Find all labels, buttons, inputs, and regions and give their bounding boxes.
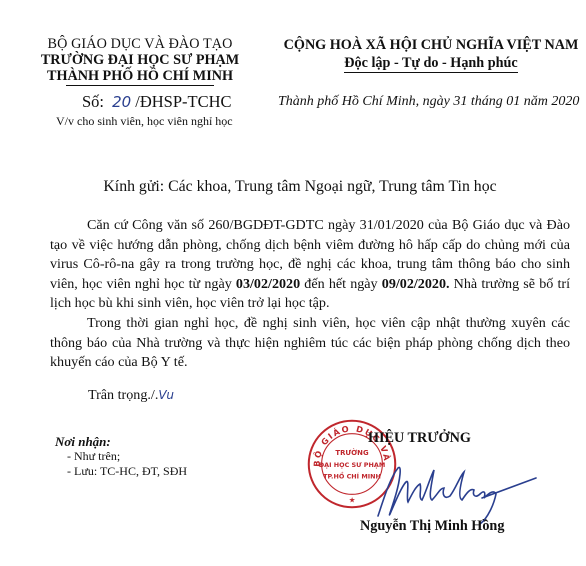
recipients-title: Nơi nhận — [55, 434, 106, 449]
header-divider — [66, 85, 214, 86]
university-city: THÀNH PHỐ HỒ CHÍ MINH — [30, 68, 250, 84]
document-number: Số: 20/ĐHSP-TCHC — [82, 92, 232, 112]
recipients-list: Nơi nhận: - Như trên; - Lưu: TC-HC, ĐT, … — [55, 434, 187, 479]
document-body: Căn cứ Công văn số 260/BGDĐT-GDTC ngày 3… — [50, 216, 570, 373]
signer-name: Nguyễn Thị Minh Hồng — [360, 518, 504, 535]
issuer-header: BỘ GIÁO DỤC VÀ ĐÀO TẠO TRƯỜNG ĐẠI HỌC SƯ… — [30, 36, 250, 84]
recipient-line: Kính gửi: Các khoa, Trung tâm Ngoại ngữ,… — [0, 178, 586, 196]
body-paragraph-2: Trong thời gian nghỉ học, đề nghị sinh v… — [50, 314, 570, 373]
number-value: 20 — [112, 93, 131, 111]
svg-text:TRƯỜNG: TRƯỜNG — [335, 448, 369, 457]
start-date: 03/02/2020 — [236, 276, 300, 292]
recipient-item: - Như trên; — [55, 449, 187, 464]
country-name: CỘNG HOÀ XÃ HỘI CHỦ NGHĨA VIỆT NAM — [276, 36, 586, 54]
closing-text: Trân trọng./. — [88, 387, 158, 403]
body-paragraph-1: Căn cứ Công văn số 260/BGDĐT-GDTC ngày 3… — [50, 216, 570, 314]
svg-text:★: ★ — [349, 496, 356, 505]
university-name: TRƯỜNG ĐẠI HỌC SƯ PHẠM — [30, 52, 250, 68]
signer-title: HIỆU TRƯỞNG — [368, 430, 471, 447]
recipient-item: - Lưu: TC-HC, ĐT, SĐH — [55, 464, 187, 479]
closing: Trân trọng./.Vu — [88, 387, 174, 404]
national-motto: Độc lập - Tự do - Hạnh phúc — [344, 55, 517, 73]
ministry-name: BỘ GIÁO DỤC VÀ ĐÀO TẠO — [30, 36, 250, 52]
number-suffix: /ĐHSP-TCHC — [135, 92, 231, 111]
end-date: 09/02/2020. — [382, 276, 450, 292]
number-label: Số: — [82, 92, 104, 111]
document-subject: V/v cho sinh viên, học viên nghỉ học — [56, 114, 233, 129]
date-line: Thành phố Hồ Chí Minh, ngày 31 tháng 01 … — [278, 94, 579, 110]
closing-initials: Vu — [158, 388, 174, 402]
national-header: CỘNG HOÀ XÃ HỘI CHỦ NGHĨA VIỆT NAM Độc l… — [276, 36, 586, 72]
